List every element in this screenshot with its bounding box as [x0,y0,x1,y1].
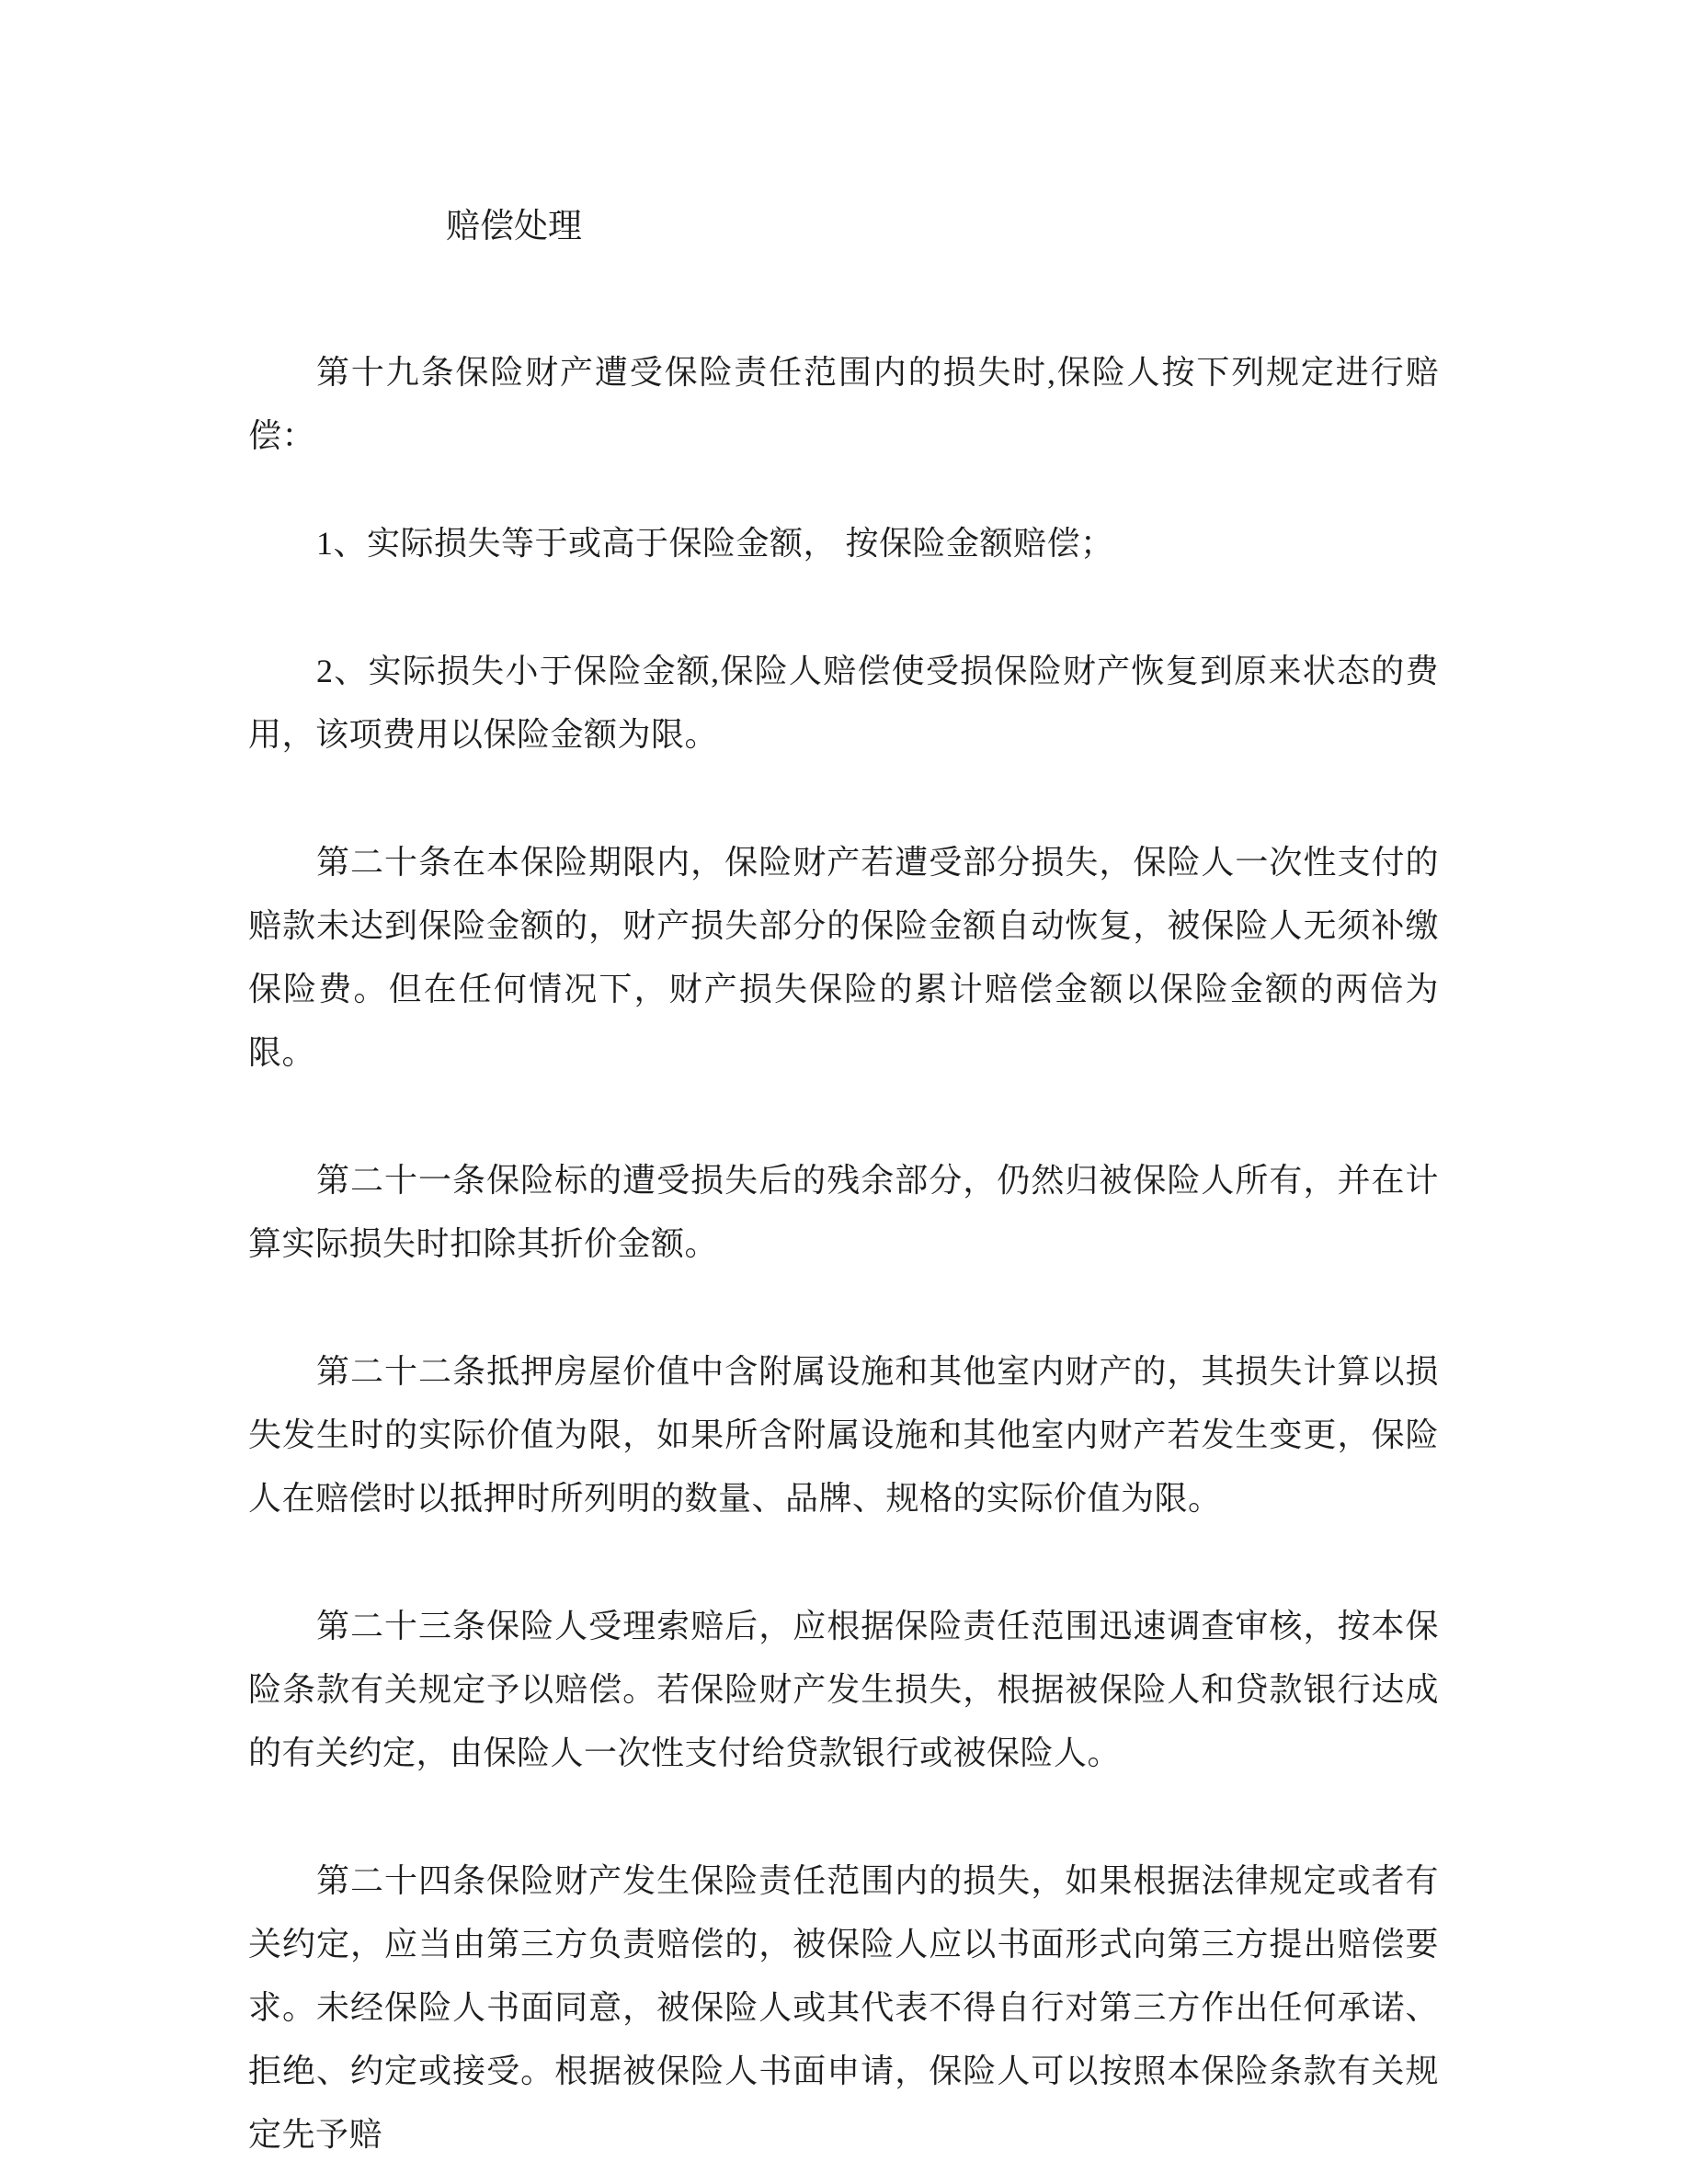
clause-21-paragraph: 第二十一条保险标的遭受损失后的残余部分，仍然归被保险人所有，并在计算实际损失时扣… [248,1149,1439,1276]
document-page: 赔偿处理 第十九条保险财产遭受保险责任范围内的损失时,保险人按下列规定进行赔偿：… [0,0,1688,2184]
clause-22-paragraph: 第二十二条抵押房屋价值中含附属设施和其他室内财产的，其损失计算以损失发生时的实际… [248,1340,1439,1530]
clause-24-paragraph: 第二十四条保险财产发生保险责任范围内的损失，如果根据法律规定或者有关约定，应当由… [248,1849,1439,2167]
clause-23-paragraph: 第二十三条保险人受理索赔后，应根据保险责任范围迅速调查审核，按本保险条款有关规定… [248,1595,1439,1785]
clause-20-paragraph: 第二十条在本保险期限内，保险财产若遭受部分损失，保险人一次性支付的赔款未达到保险… [248,831,1439,1085]
clause-19-item-1: 1、实际损失等于或高于保险金额， 按保险金额赔偿； [248,512,1439,575]
clause-19-paragraph: 第十九条保险财产遭受保险责任范围内的损失时,保险人按下列规定进行赔偿： [248,341,1439,468]
section-title: 赔偿处理 [248,195,1439,258]
clause-19-item-2: 2、实际损失小于保险金额,保险人赔偿使受损保险财产恢复到原来状态的费用，该项费用… [248,640,1439,767]
